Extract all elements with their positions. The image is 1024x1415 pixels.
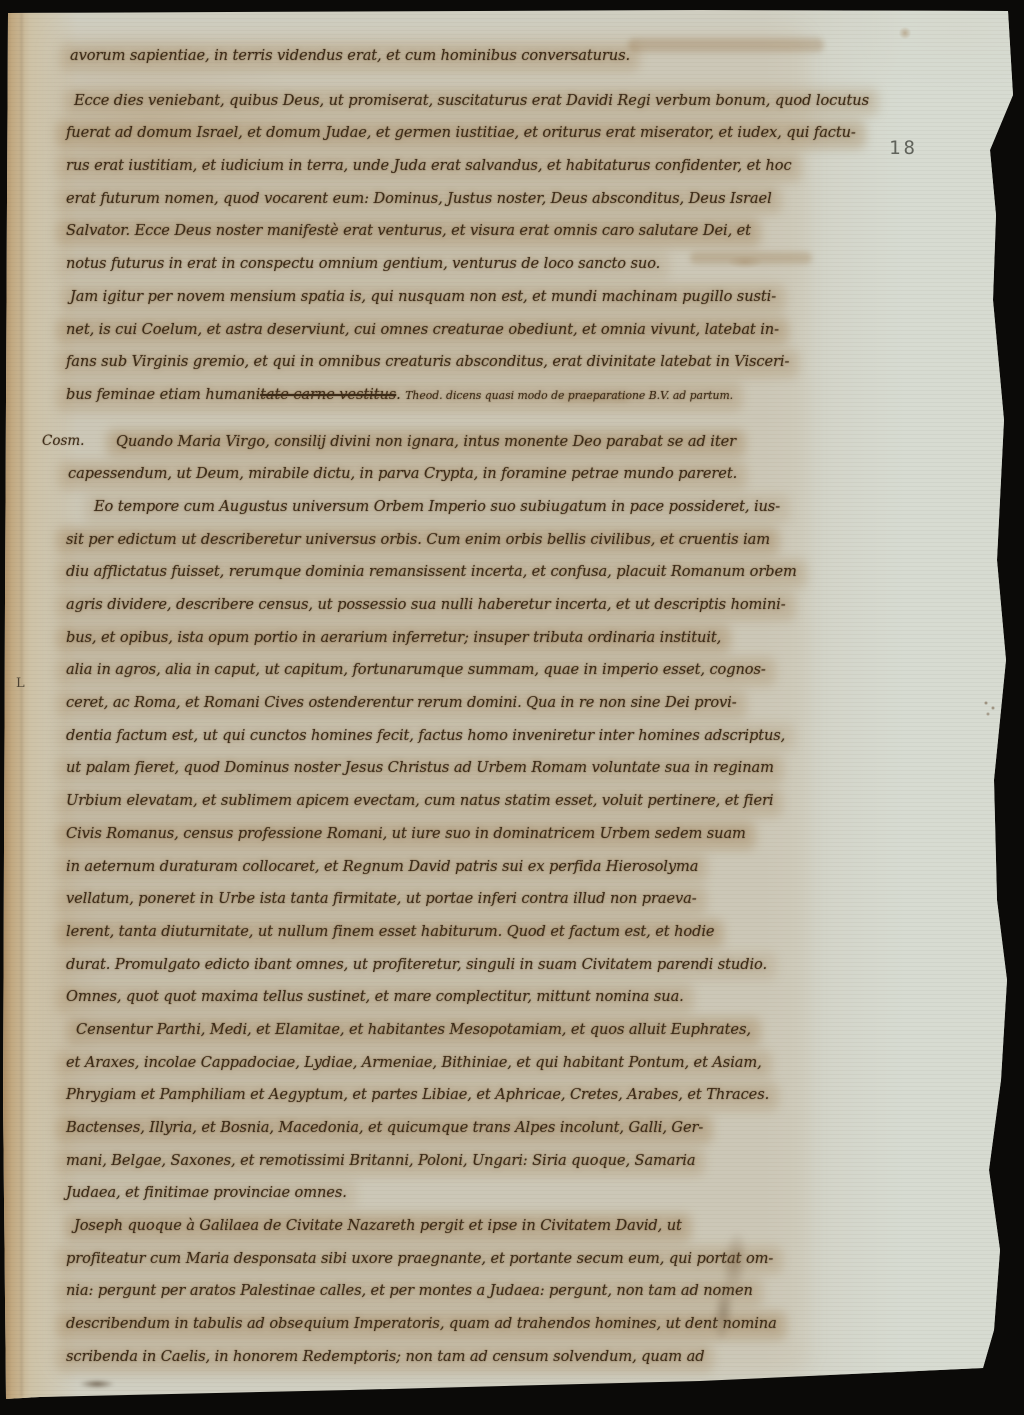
handwritten-text: in aeternum duraturam collocaret, et Reg… [66,851,698,884]
text-line: Salvator. Ecce Deus noster manifestè era… [66,214,810,247]
text-line: dentia factum est, ut qui cunctos homine… [66,719,810,752]
text-line: net, is cui Coelum, et astra deserviunt,… [66,313,810,346]
handwritten-text: sit per edictum ut describeretur univers… [66,524,770,557]
handwritten-text: dentia factum est, ut qui cunctos homine… [66,720,785,753]
handwritten-text: fuerat ad domum Israel, et domum Judae, … [66,117,856,150]
handwritten-text: lerent, tanta diuturnitate, ut nullum fi… [66,916,714,949]
text-line: Censentur Parthi, Medi, et Elamitae, et … [66,1013,810,1046]
text-line: capessendum, ut Deum, mirabile dictu, in… [66,457,810,490]
handwritten-text: durat. Promulgato edicto ibant omnes, ut… [66,949,767,982]
handwritten-text: agris dividere, describere census, ut po… [66,589,786,622]
text-line: rus erat iustitiam, et iudicium in terra… [66,149,810,182]
text-line: avorum sapientiae, in terris videndus er… [66,39,810,72]
text-line: Phrygiam et Pamphiliam et Aegyptum, et p… [66,1078,810,1111]
margin-annotation: Cosm. [42,425,84,458]
text-line: fans sub Virginis gremio, et qui in omni… [66,345,810,378]
text-line: sit per edictum ut describeretur univers… [66,523,810,556]
text-line: Urbium elevatam, et sublimem apicem evec… [66,784,810,817]
handwritten-text: Bactenses, Illyria, et Bosnia, Macedonia… [66,1112,703,1145]
handwritten-text: Jam igitur per novem mensium spatia is, … [70,281,776,314]
handwritten-text: capessendum, ut Deum, mirabile dictu, in… [68,458,737,491]
text-line: Joseph quoque à Galilaea de Civitate Naz… [66,1209,810,1242]
handwritten-text: avorum sapientiae, in terris videndus er… [70,40,630,73]
text-line: nia: pergunt per aratos Palestinae calle… [66,1274,810,1307]
handwritten-text: rus erat iustitiam, et iudicium in terra… [66,150,792,183]
text-line: scribenda in Caelis, in honorem Redempto… [66,1340,810,1373]
handwritten-text: nia: pergunt per aratos Palestinae calle… [66,1275,753,1308]
handwritten-text: Censentur Parthi, Medi, et Elamitae, et … [76,1014,751,1047]
handwritten-text: vellatum, poneret in Urbe ista tanta fir… [66,883,697,916]
text-line: bus feminae etiam humanitate carne vesti… [66,378,810,411]
text-line: ut palam fieret, quod Dominus noster Jes… [66,751,810,784]
handwritten-text: net, is cui Coelum, et astra deserviunt,… [66,314,779,347]
handwritten-text: notus futurus in erat in conspectu omniu… [66,248,660,281]
handwritten-text: fans sub Virginis gremio, et qui in omni… [66,346,789,379]
handwritten-text: Judaea, et finitimae provinciae omnes. [66,1177,347,1210]
manuscript-page: 18 L avorum sapientiae, in terris vidend… [0,0,1024,1415]
handwritten-text: alia in agros, alia in caput, ut capitum… [66,654,766,687]
handwritten-text: Salvator. Ecce Deus noster manifestè era… [66,215,751,248]
text-line: bus, et opibus, ista opum portio in aera… [66,621,810,654]
text-line: Civis Romanus, census professione Romani… [66,817,810,850]
handwritten-text: Ecce dies veniebant, quibus Deus, ut pro… [74,85,869,118]
manuscript-text-block: avorum sapientiae, in terris videndus er… [66,39,810,1373]
page-number: 18 [889,137,918,159]
handwritten-text: Civis Romanus, census professione Romani… [66,818,746,851]
text-line: fuerat ad domum Israel, et domum Judae, … [66,116,810,149]
text-line: in aeternum duraturam collocaret, et Reg… [66,850,810,883]
handwritten-text: Phrygiam et Pamphiliam et Aegyptum, et p… [66,1079,769,1112]
text-line: diu afflictatus fuisset, rerumque domini… [66,555,810,588]
text-line: Omnes, quot quot maxima tellus sustinet,… [66,980,810,1013]
handwritten-text: Quando Maria Virgo, consilij divini non … [116,426,736,459]
text-line: describendum in tabulis ad obsequium Imp… [66,1307,810,1340]
handwritten-text: mani, Belgae, Saxones, et remotissimi Br… [66,1145,695,1178]
handwritten-text: bus, et opibus, ista opum portio in aera… [66,622,721,655]
text-line: Jam igitur per novem mensium spatia is, … [66,280,810,313]
text-line: vellatum, poneret in Urbe ista tanta fir… [66,882,810,915]
scan-background: 18 L avorum sapientiae, in terris vidend… [0,0,1024,1415]
handwritten-text: Eo tempore cum Augustus universum Orbem … [94,491,780,524]
text-line: lerent, tanta diuturnitate, ut nullum fi… [66,915,810,948]
margin-mark: L [16,676,25,691]
text-line: erat futurum nomen, quod vocarent eum: D… [66,182,810,215]
handwritten-text: profiteatur cum Maria desponsata sibi ux… [66,1243,773,1276]
text-line: Eo tempore cum Augustus universum Orbem … [66,490,810,523]
text-line: et Araxes, incolae Cappadociae, Lydiae, … [66,1046,810,1079]
handwritten-text: describendum in tabulis ad obsequium Imp… [66,1308,777,1341]
handwritten-text: et Araxes, incolae Cappadociae, Lydiae, … [66,1047,762,1080]
handwritten-text: ceret, ac Roma, et Romani Cives ostender… [66,687,737,720]
text-line: Ecce dies veniebant, quibus Deus, ut pro… [66,84,810,117]
handwritten-text: Joseph quoque à Galilaea de Civitate Naz… [74,1210,682,1243]
handwritten-text: erat futurum nomen, quod vocarent eum: D… [66,183,772,216]
text-line: mani, Belgae, Saxones, et remotissimi Br… [66,1144,810,1177]
text-line: ceret, ac Roma, et Romani Cives ostender… [66,686,810,719]
handwritten-text: Urbium elevatam, et sublimem apicem evec… [66,785,773,818]
text-line: alia in agros, alia in caput, ut capitum… [66,653,810,686]
text-line: agris dividere, describere census, ut po… [66,588,810,621]
text-line: notus futurus in erat in conspectu omniu… [66,247,810,280]
handwritten-text: ut palam fieret, quod Dominus noster Jes… [66,752,774,785]
text-line: Judaea, et finitimae provinciae omnes. [66,1176,810,1209]
handwritten-text: scribenda in Caelis, in honorem Redempto… [66,1341,704,1374]
handwritten-text: Omnes, quot quot maxima tellus sustinet,… [66,981,684,1014]
text-line: Bactenses, Illyria, et Bosnia, Macedonia… [66,1111,810,1144]
text-line: profiteatur cum Maria desponsata sibi ux… [66,1242,810,1275]
binding-crease [20,13,23,1397]
ink-scribble [70,1376,124,1392]
handwritten-text: diu afflictatus fuisset, rerumque domini… [66,556,797,589]
text-line: Cosm.Quando Maria Virgo, consilij divini… [66,425,810,458]
text-line: durat. Promulgato edicto ibant omnes, ut… [66,948,810,981]
handwritten-text: bus feminae etiam humanitate carne vesti… [66,379,733,413]
